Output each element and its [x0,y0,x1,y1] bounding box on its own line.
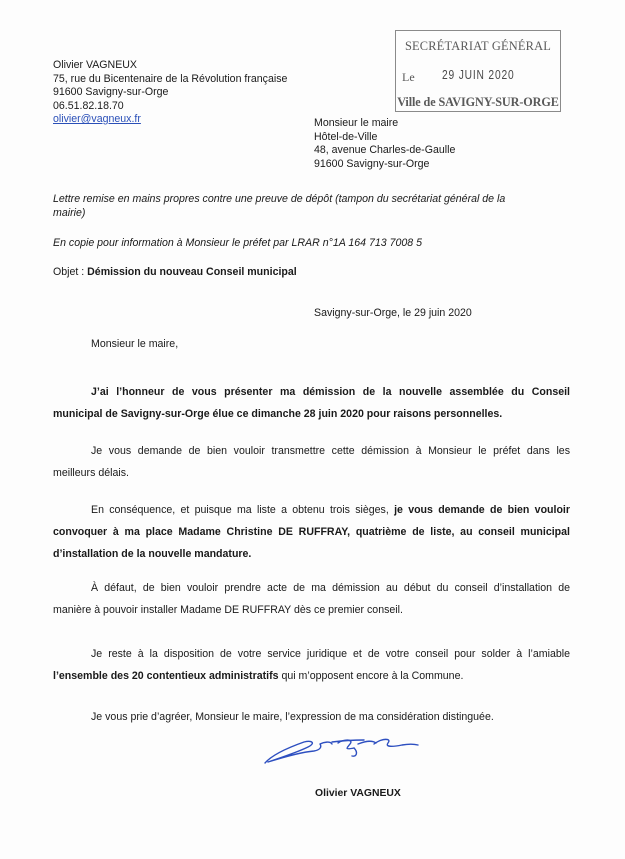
subject-value: Démission du nouveau Conseil municipal [87,266,297,278]
sender-block: Olivier VAGNEUX 75, rue du Bicentenaire … [53,59,287,127]
sender-city: 91600 Savigny-sur-Orge [53,86,287,100]
recipient-line: Hôtel-de-Ville [314,131,455,145]
paragraph-replacement: En conséquence, et puisque ma liste a ob… [53,499,570,565]
stamp-city: Ville de SAVIGNY-SUR-ORGE [396,95,560,110]
paragraph-text: qui m’opposent encore à la Commune. [279,670,464,682]
recipient-line: 48, avenue Charles-de-Gaulle [314,144,455,158]
paragraph-litigation: Je reste à la disposition de votre servi… [53,643,570,687]
subject-label: Objet : [53,266,87,278]
sender-email-link[interactable]: olivier@vagneux.fr [53,113,141,125]
signer-name-text: Olivier VAGNEUX [315,787,401,801]
salutation: Monsieur le maire, [91,338,178,352]
paragraph-line: d’installation de la nouvelle mandature. [53,543,570,565]
paragraph-line: Je reste à la disposition de votre servi… [53,643,570,665]
delivery-note-line: mairie) [53,207,505,221]
paragraph-line: l’ensemble des 20 contentieux administra… [53,665,570,687]
paragraph-line: À défaut, de bien vouloir prendre acte d… [53,577,570,599]
closing-formula-text: Je vous prie d’agréer, Monsieur le maire… [91,711,494,725]
place-date: Savigny-sur-Orge, le 29 juin 2020 [314,307,472,321]
paragraph-text: En conséquence, et puisque ma liste a ob… [91,504,394,516]
sender-phone: 06.51.82.18.70 [53,100,287,114]
recipient-line: 91600 Savigny-sur-Orge [314,158,455,172]
paragraph-line: Je vous demande de bien vouloir transmet… [53,440,570,462]
paragraph-line: convoquer à ma place Madame Christine DE… [53,521,570,543]
paragraph-line: J’ai l’honneur de vous présenter ma démi… [53,381,570,403]
closing-formula: Je vous prie d’agréer, Monsieur le maire… [91,711,494,725]
recipient-line: Monsieur le maire [314,117,455,131]
paragraph-line: municipal de Savigny-sur-Orge élue ce di… [53,403,570,425]
handwritten-signature [262,730,422,770]
stamp-date: 29 JUIN 2020 [442,68,515,82]
secretariat-stamp: SECRÉTARIAT GÉNÉRAL Le 29 JUIN 2020 Vill… [395,30,561,112]
place-date-text: Savigny-sur-Orge, le 29 juin 2020 [314,307,472,321]
subject-line: Objet : Démission du nouveau Conseil mun… [53,266,297,280]
stamp-title: SECRÉTARIAT GÉNÉRAL [396,39,560,54]
paragraph-transmit: Je vous demande de bien vouloir transmet… [53,440,570,484]
salutation-text: Monsieur le maire, [91,338,178,352]
recipient-block: Monsieur le maire Hôtel-de-Ville 48, ave… [314,117,455,171]
signer-name: Olivier VAGNEUX [315,787,401,801]
stamp-le-label: Le [402,70,415,85]
paragraph-line: manière à pouvoir installer Madame DE RU… [53,599,570,621]
sender-address: 75, rue du Bicentenaire de la Révolution… [53,73,287,87]
paragraph-line: En conséquence, et puisque ma liste a ob… [53,499,570,521]
paragraph-line: meilleurs délais. [53,462,570,484]
paragraph-bold-text: l’ensemble des 20 contentieux administra… [53,670,279,682]
paragraph-default: À défaut, de bien vouloir prendre acte d… [53,577,570,621]
paragraph-resignation: J’ai l’honneur de vous présenter ma démi… [53,381,570,425]
delivery-note-line: Lettre remise en mains propres contre un… [53,193,505,207]
delivery-note: Lettre remise en mains propres contre un… [53,193,505,220]
sender-name: Olivier VAGNEUX [53,59,287,73]
copy-note: En copie pour information à Monsieur le … [53,237,422,251]
paragraph-bold-text: je vous demande de bien vouloir [394,504,570,516]
copy-note-text: En copie pour information à Monsieur le … [53,237,422,251]
